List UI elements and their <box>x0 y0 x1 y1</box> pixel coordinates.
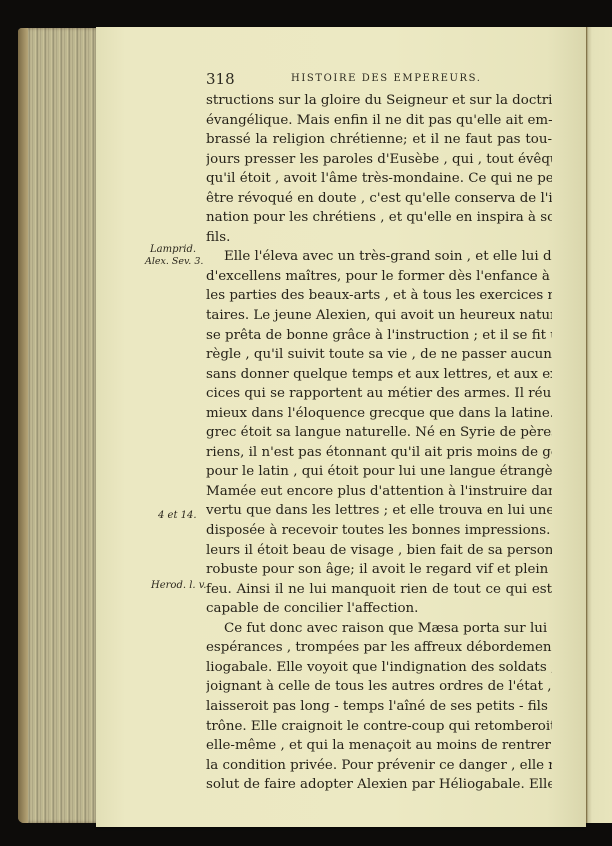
text-line: être révoqué en doute , c'est qu'elle co… <box>206 189 552 209</box>
text-line: feu. Ainsi il ne lui manquoit rien de to… <box>206 580 552 600</box>
text-line: trône. Elle craignoit le contre-coup qui… <box>206 717 552 737</box>
text-line: capable de concilier l'affection. <box>206 599 552 619</box>
text-line: structions sur la gloire du Seigneur et … <box>206 91 552 111</box>
text-line: joignant à celle de tous les autres ordr… <box>206 677 552 697</box>
text-line: jours presser les paroles d'Eusèbe , qui… <box>206 150 552 170</box>
text-line: nation pour les chrétiens , et qu'elle e… <box>206 208 552 228</box>
text-line: qu'il étoit , avoit l'âme très-mondaine.… <box>206 169 552 189</box>
text-line: liogabale. Elle voyoit que l'indignation… <box>206 658 552 678</box>
facing-page-edge <box>586 27 612 823</box>
text-line: leurs il étoit beau de visage , bien fai… <box>206 541 552 561</box>
running-title: HISTOIRE DES EMPEREURS. <box>291 73 482 84</box>
text-line: sans donner quelque temps et aux lettres… <box>206 365 552 385</box>
text-line: Elle l'éleva avec un très-grand soin , e… <box>206 247 552 267</box>
margin-note-herod: Herod. l. v. <box>151 580 206 591</box>
text-line: la condition privée. Pour prévenir ce da… <box>206 756 552 776</box>
text-line: les parties des beaux-arts , et à tous l… <box>206 286 552 306</box>
text-line: mieux dans l'éloquence grecque que dans … <box>206 404 552 424</box>
text-line: solut de faire adopter Alexien par Hélio… <box>206 775 552 795</box>
text-line: taires. Le jeune Alexien, qui avoit un h… <box>206 306 552 326</box>
book-scan: 318 HISTOIRE DES EMPEREURS. structions s… <box>0 0 612 846</box>
margin-note-lamprid: Lamprid. <box>150 244 196 255</box>
text-line: Ce fut donc avec raison que Mæsa porta s… <box>206 619 552 639</box>
text-line: laisseroit pas long - temps l'aîné de se… <box>206 697 552 717</box>
text-line: fils. <box>206 228 552 248</box>
margin-note-alex-sev: Alex. Sev. 3. <box>145 256 203 267</box>
text-line: se prêta de bonne grâce à l'instruction … <box>206 326 552 346</box>
text-line: pour le latin , qui étoit pour lui une l… <box>206 462 552 482</box>
text-line: riens, il n'est pas étonnant qu'il ait p… <box>206 443 552 463</box>
margin-note-4-et-14: 4 et 14. <box>158 510 197 521</box>
text-line: robuste pour son âge; il avoit le regard… <box>206 560 552 580</box>
page-edges-stack <box>18 28 98 823</box>
page-header: 318 HISTOIRE DES EMPEREURS. <box>206 70 552 88</box>
text-line: espérances , trompées par les affreux dé… <box>206 638 552 658</box>
text-line: vertu que dans les lettres ; et elle tro… <box>206 501 552 521</box>
text-line: règle , qu'il suivit toute sa vie , de n… <box>206 345 552 365</box>
text-line: Mamée eut encore plus d'attention à l'in… <box>206 482 552 502</box>
text-line: brassé la religion chrétienne; et il ne … <box>206 130 552 150</box>
text-line: grec étoit sa langue naturelle. Né en Sy… <box>206 423 552 443</box>
text-line: cices qui se rapportent au métier des ar… <box>206 384 552 404</box>
text-line: évangélique. Mais enfin il ne dit pas qu… <box>206 111 552 131</box>
body-text: structions sur la gloire du Seigneur et … <box>206 91 552 795</box>
text-line: d'excellens maîtres, pour le former dès … <box>206 267 552 287</box>
text-line: disposée à recevoir toutes les bonnes im… <box>206 521 552 541</box>
page-number: 318 <box>206 70 235 88</box>
text-line: elle-même , et qui la menaçoit au moins … <box>206 736 552 756</box>
